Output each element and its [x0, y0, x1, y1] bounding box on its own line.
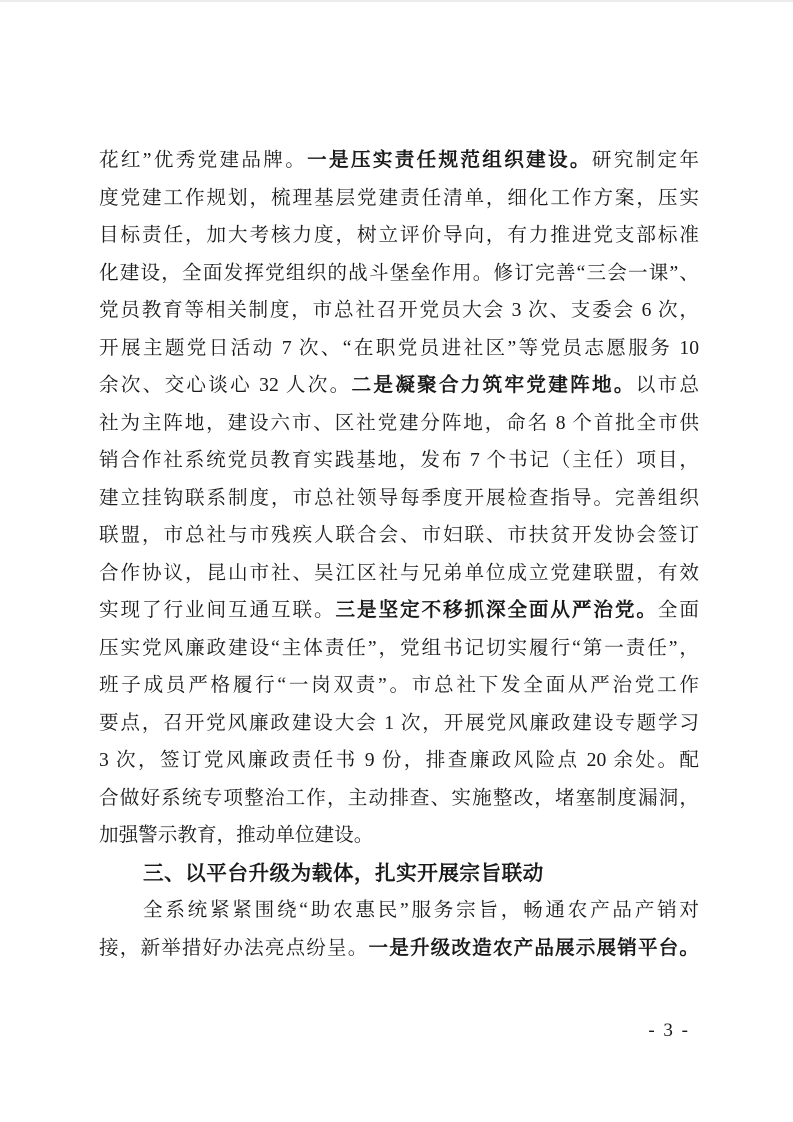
emphasis-run: 一是压实责任规范组织建设。 [307, 150, 592, 171]
text-run: 社为主阵地，建设六市、区社党建分阵地，命名 8 个首批全市供 [99, 413, 699, 434]
emphasis-run: 三、以平台升级为载体，扎实开展宗旨联动 [143, 862, 544, 885]
scan-edge-artifact [0, 0, 793, 2]
page-number: - 3 - [648, 1020, 690, 1042]
section-heading: 三、以平台升级为载体，扎实开展宗旨联动 [99, 855, 699, 893]
text-line: 度党建工作规划，梳理基层党建责任清单，细化工作方案，压实 [99, 180, 699, 218]
text-run: 班子成员严格履行“一岗双责”。市总社下发全面从严治党工作 [99, 675, 699, 696]
text-block: 花红”优秀党建品牌。一是压实责任规范组织建设。研究制定年度党建工作规划，梳理基层… [99, 142, 699, 967]
text-run: 销合作社系统党员教育实践基地，发布 7 个书记（主任）项目， [99, 450, 699, 471]
emphasis-run: 三是坚定不移抓深全面从严治党。 [335, 600, 657, 621]
text-run: 合作协议，昆山市社、吴江区社与兄弟单位成立党建联盟，有效 [99, 563, 699, 584]
text-line: 党员教育等相关制度，市总社召开党员大会 3 次、支委会 6 次， [99, 292, 699, 330]
text-line: 销合作社系统党员教育实践基地，发布 7 个书记（主任）项目， [99, 442, 699, 480]
text-line: 班子成员严格履行“一岗双责”。市总社下发全面从严治党工作 [99, 667, 699, 705]
text-line: 加强警示教育，推动单位建设。 [99, 817, 699, 855]
text-run: 合做好系统专项整治工作，主动排查、实施整改，堵塞制度漏洞， [99, 788, 699, 809]
text-line: 要点，召开党风廉政建设大会 1 次，开展党风廉政建设专题学习 [99, 705, 699, 743]
text-run: 花红”优秀党建品牌。 [99, 150, 307, 171]
text-line: 开展主题党日活动 7 次、“在职党员进社区”等党员志愿服务 10 [99, 330, 699, 368]
text-run: 以市总 [636, 375, 699, 396]
text-run: 3 次，签订党风廉政责任书 9 份，排查廉政风险点 20 余处。配 [99, 750, 699, 771]
text-run: 加强警示教育，推动单位建设。 [99, 825, 373, 846]
text-line: 余次、交心谈心 32 人次。二是凝聚合力筑牢党建阵地。以市总 [99, 367, 699, 405]
text-run: 联盟，市总社与市残疾人联合会、市妇联、市扶贫开发协会签订 [99, 525, 699, 546]
text-run: 度党建工作规划，梳理基层党建责任清单，细化工作方案，压实 [99, 188, 699, 209]
text-run: 压实党风廉政建设“主体责任”，党组书记切实履行“第一责任”， [99, 638, 699, 659]
text-line: 全系统紧紧围绕“助农惠民”服务宗旨，畅通农产品产销对 [99, 892, 699, 930]
text-run: 开展主题党日活动 7 次、“在职党员进社区”等党员志愿服务 10 [99, 338, 699, 359]
text-line: 压实党风廉政建设“主体责任”，党组书记切实履行“第一责任”， [99, 630, 699, 668]
text-line: 合做好系统专项整治工作，主动排查、实施整改，堵塞制度漏洞， [99, 780, 699, 818]
text-line: 化建设，全面发挥党组织的战斗堡垒作用。修订完善“三会一课”、 [99, 255, 699, 293]
text-line: 接，新举措好办法亮点纷呈。一是升级改造农产品展示展销平台。 [99, 930, 699, 968]
text-run: 实现了行业间互通互联。 [99, 600, 335, 621]
text-run: 全系统紧紧围绕“助农惠民”服务宗旨，畅通农产品产销对 [143, 900, 699, 921]
text-run: 化建设，全面发挥党组织的战斗堡垒作用。修订完善“三会一课”、 [99, 263, 699, 284]
text-run: 党员教育等相关制度，市总社召开党员大会 3 次、支委会 6 次， [99, 300, 699, 321]
text-line: 实现了行业间互通互联。三是坚定不移抓深全面从严治党。全面 [99, 592, 699, 630]
text-line: 建立挂钩联系制度，市总社领导每季度开展检查指导。完善组织 [99, 480, 699, 518]
text-line: 花红”优秀党建品牌。一是压实责任规范组织建设。研究制定年 [99, 142, 699, 180]
text-line: 社为主阵地，建设六市、区社党建分阵地，命名 8 个首批全市供 [99, 405, 699, 443]
text-run: 要点，召开党风廉政建设大会 1 次，开展党风廉政建设专题学习 [99, 713, 699, 734]
text-run: 全面 [658, 600, 699, 621]
text-line: 合作协议，昆山市社、吴江区社与兄弟单位成立党建联盟，有效 [99, 555, 699, 593]
emphasis-run: 二是凝聚合力筑牢党建阵地。 [352, 375, 636, 396]
text-run: 余次、交心谈心 32 人次。 [99, 375, 352, 396]
text-run: 研究制定年 [592, 150, 699, 171]
text-run: 接，新举措好办法亮点纷呈。 [99, 938, 368, 959]
text-line: 联盟，市总社与市残疾人联合会、市妇联、市扶贫开发协会签订 [99, 517, 699, 555]
text-line: 3 次，签订党风廉政责任书 9 份，排查廉政风险点 20 余处。配 [99, 742, 699, 780]
text-line: 目标责任，加大考核力度，树立评价导向，有力推进党支部标准 [99, 217, 699, 255]
text-run: 目标责任，加大考核力度，树立评价导向，有力推进党支部标准 [99, 225, 699, 246]
emphasis-run: 一是升级改造农产品展示展销平台。 [368, 938, 699, 959]
text-run: 建立挂钩联系制度，市总社领导每季度开展检查指导。完善组织 [99, 488, 699, 509]
